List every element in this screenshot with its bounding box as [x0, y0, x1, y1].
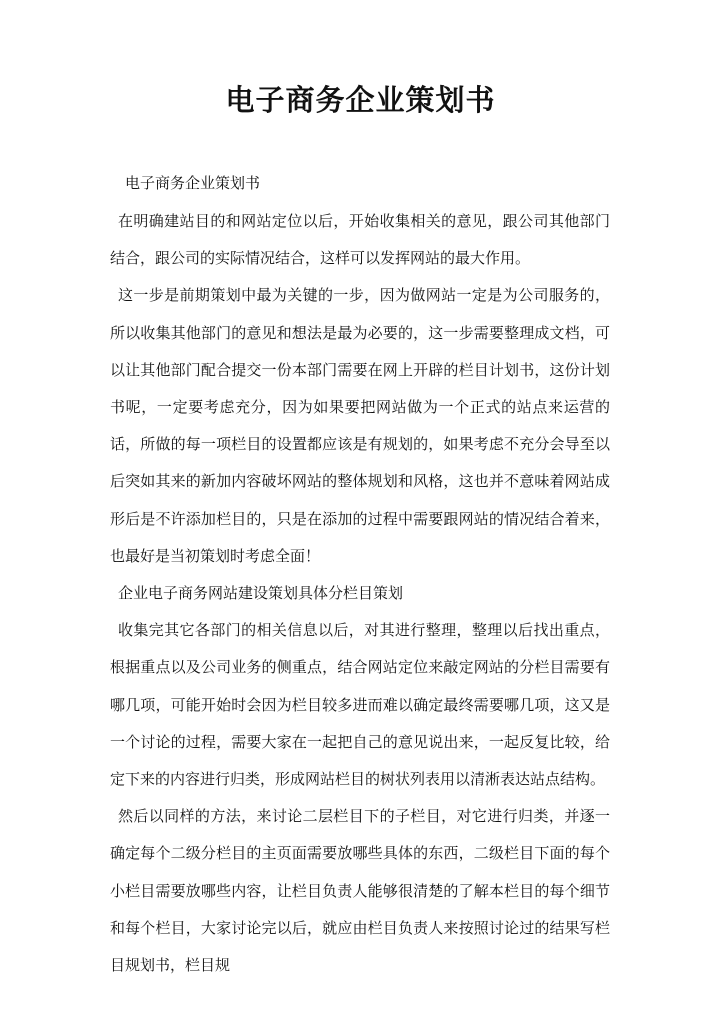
paragraph-key-step: 这一步是前期策划中最为关键的一步，因为做网站一定是为公司服务的，所以收集其他部门…: [110, 277, 610, 575]
paragraph-subcolumns: 然后以同样的方法，来讨论二层栏目下的子栏目，对它进行归类，并逐一确定每个二级分栏…: [110, 798, 610, 984]
document-body: 在明确建站目的和网站定位以后，开始收集相关的意见，跟公司其他部门结合，跟公司的实…: [110, 203, 610, 984]
document-title: 电子商务企业策划书: [0, 80, 721, 120]
paragraph-intro: 在明确建站目的和网站定位以后，开始收集相关的意见，跟公司其他部门结合，跟公司的实…: [110, 203, 610, 277]
paragraph-organize: 收集完其它各部门的相关信息以后，对其进行整理，整理以后找出重点，根据重点以及公司…: [110, 612, 610, 798]
document-subtitle: 电子商务企业策划书: [125, 172, 260, 194]
section-heading: 企业电子商务网站建设策划具体分栏目策划: [110, 575, 610, 612]
